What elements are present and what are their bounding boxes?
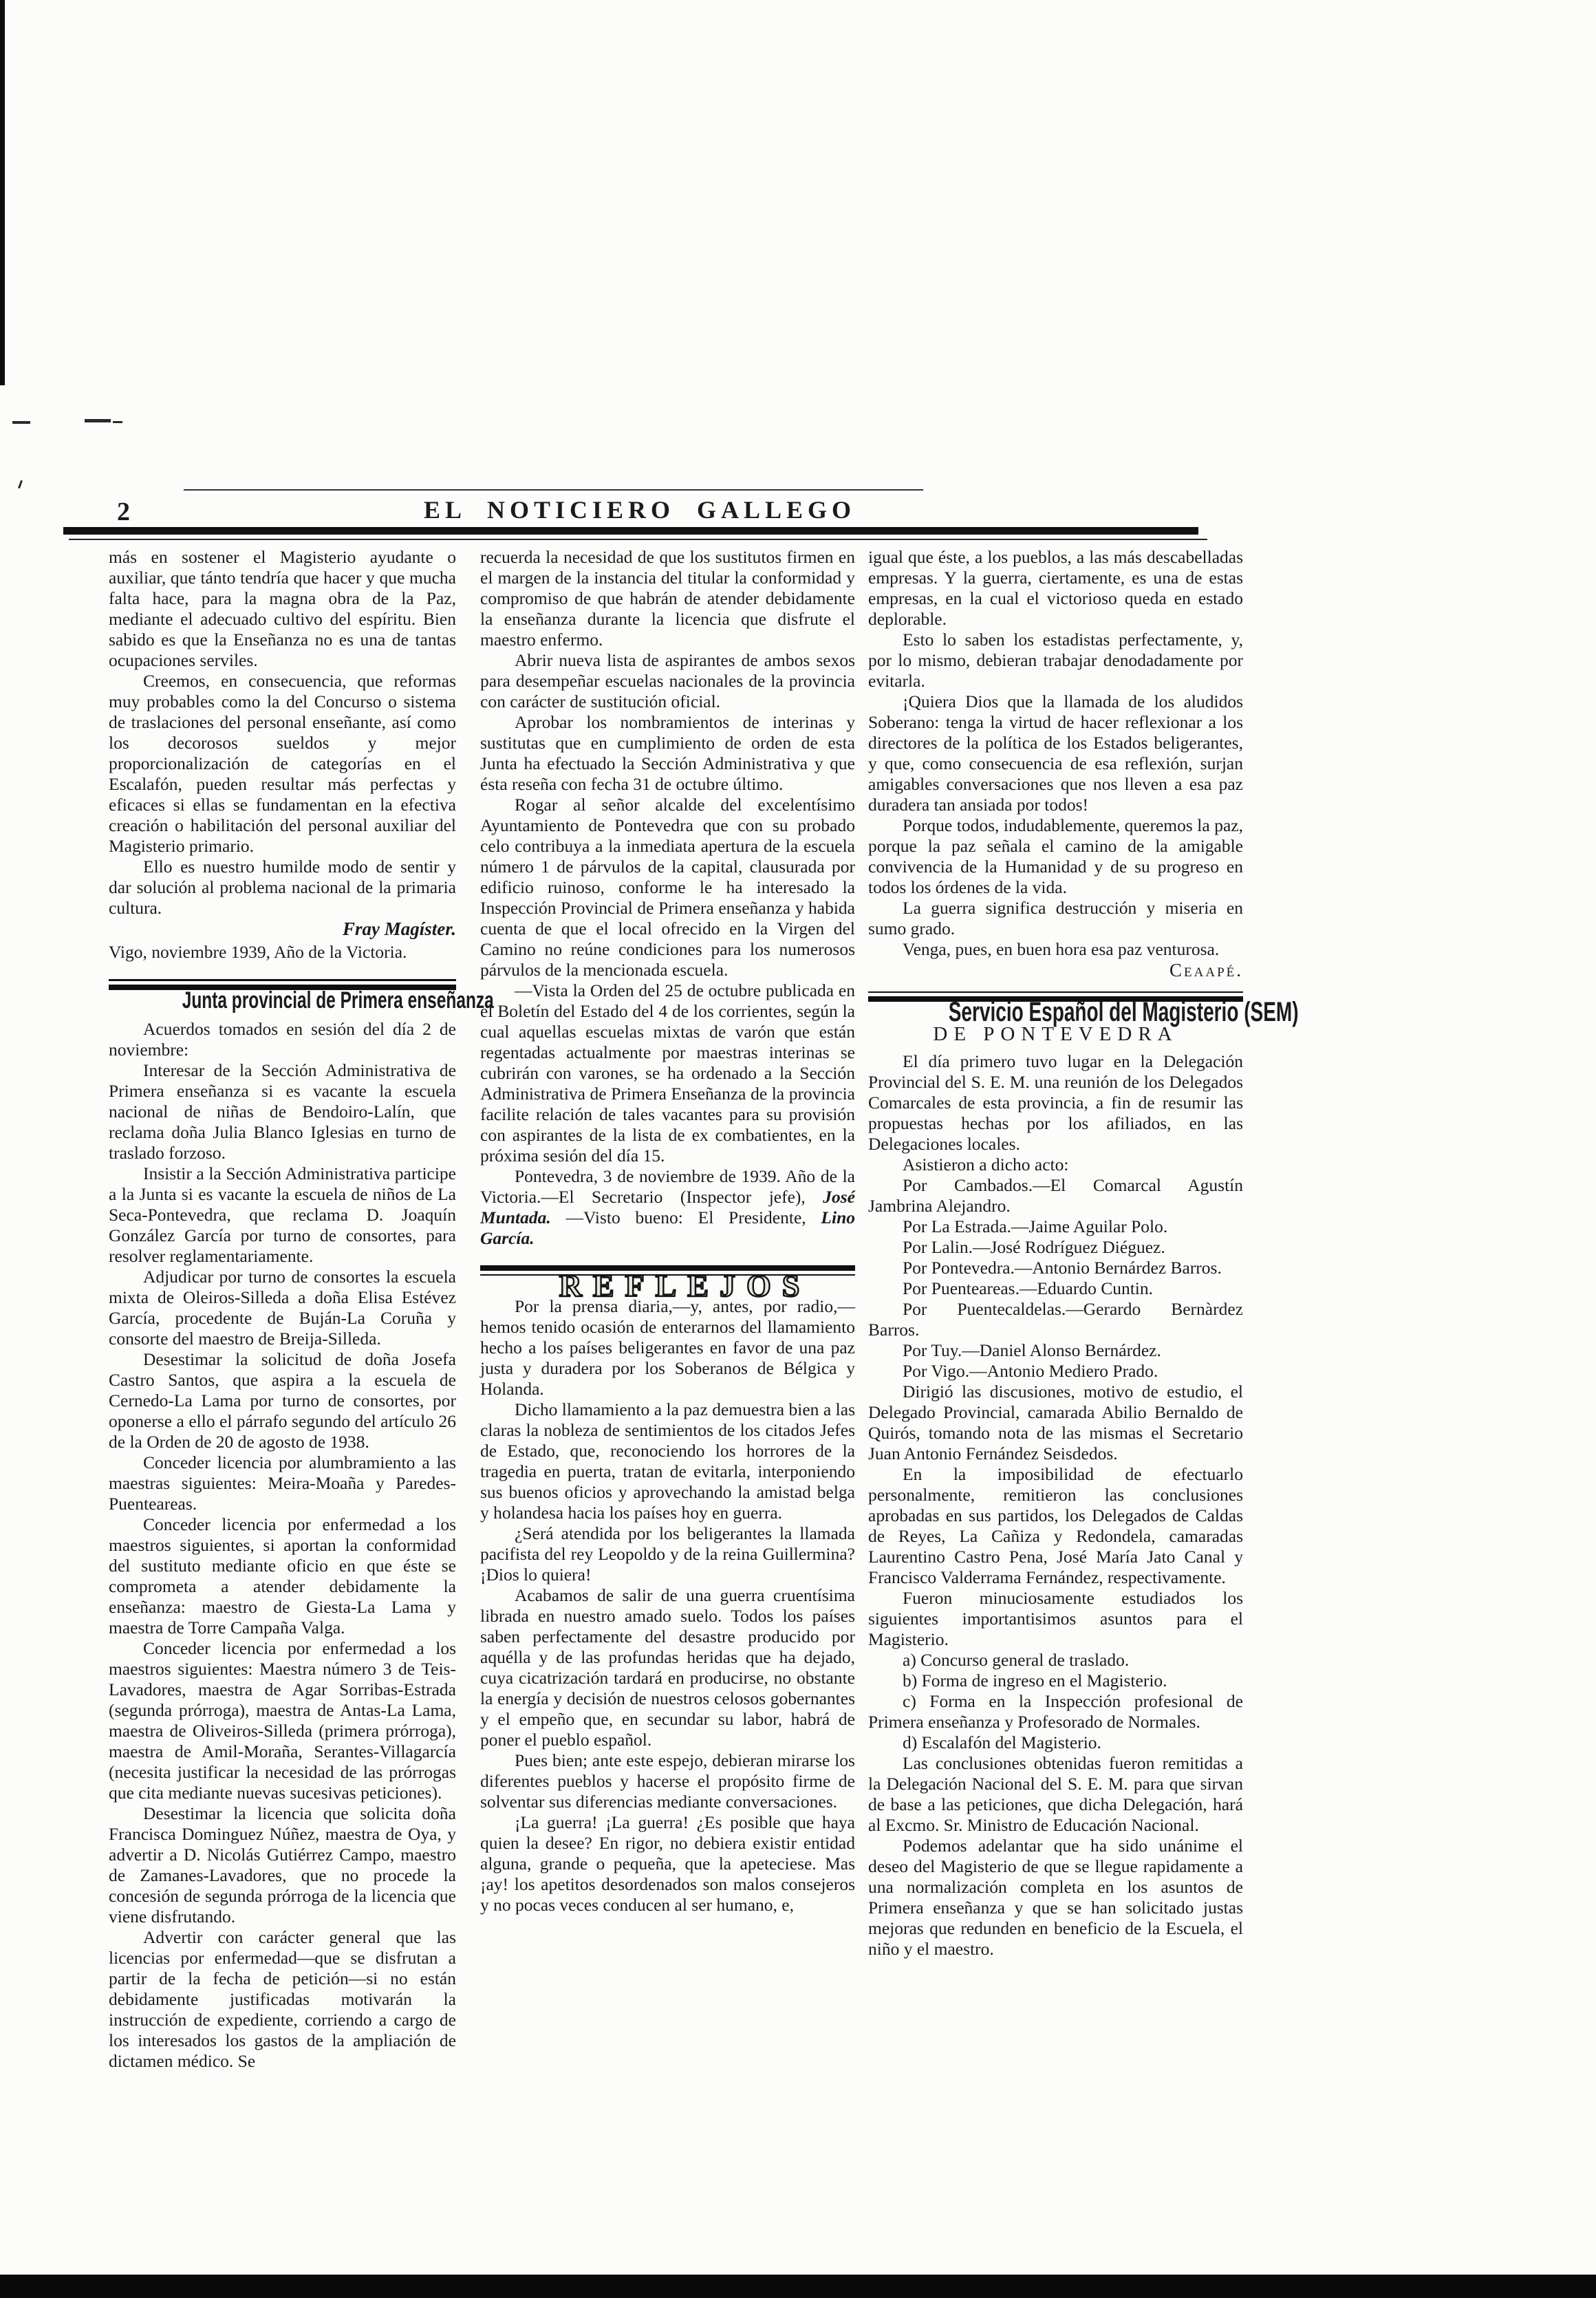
paragraph: Creemos, en consecuencia, que reformas m…: [109, 671, 456, 857]
paragraph: Interesar de la Sección Administrativa d…: [109, 1060, 456, 1163]
paragraph: Dicho llamamiento a la paz demuestra bie…: [480, 1399, 855, 1523]
section-body: Por la prensa diaria,—y, antes, por radi…: [480, 1296, 855, 1915]
newspaper-page: 2 EL NOTICIERO GALLEGO más en sostener e…: [0, 0, 1596, 2298]
section-body: El día primero tuvo lugar en la Delegaci…: [868, 1051, 1243, 1959]
section-headline-reflejos: REFLEJOS: [480, 1276, 855, 1296]
header-thick-rule: [63, 527, 1198, 535]
paragraph: c) Forma en la Inspección profesional de…: [868, 1691, 1243, 1732]
paragraph: Acabamos de salir de una guerra cruentís…: [480, 1585, 855, 1750]
header-thin-rule: [69, 539, 1207, 540]
paragraph: d) Escalafón del Magisterio.: [868, 1732, 1243, 1753]
paragraph: Conceder licencia por alumbramiento a la…: [109, 1452, 456, 1514]
article-continuation: más en sostener el Magisterio ayudante o…: [109, 547, 456, 919]
paragraph: En la imposibilidad de efectuarlo person…: [868, 1464, 1243, 1588]
paragraph: Venga, pues, en buen hora esa paz ventur…: [868, 939, 1243, 960]
paragraph: a) Concurso general de traslado.: [868, 1650, 1243, 1671]
article-signature: Fray Magíster.: [109, 919, 456, 939]
paragraph: recuerda la necesidad de que los sustitu…: [480, 547, 855, 650]
paragraph: igual que éste, a los pueblos, a las más…: [868, 547, 1243, 630]
paragraph: —Vista la Orden del 25 de octubre public…: [480, 980, 855, 1166]
paragraph: Asistieron a dicho acto:: [868, 1155, 1243, 1175]
article-signature: Ceaapé.: [868, 960, 1243, 980]
header-top-rule: [184, 489, 923, 491]
paragraph: Acuerdos tomados en sesión del día 2 de …: [109, 1019, 456, 1060]
paragraph: Por Lalin.—José Rodríguez Diéguez.: [868, 1237, 1243, 1258]
paragraph: ¡La guerra! ¡La guerra! ¿Es posible que …: [480, 1812, 855, 1915]
paragraph: Por Tuy.—Daniel Alonso Bernárdez.: [868, 1340, 1243, 1361]
scan-artifact: [85, 419, 111, 422]
paragraph: b) Forma de ingreso en el Magisterio.: [868, 1671, 1243, 1691]
scan-artifact: [12, 421, 30, 424]
paragraph: Fueron minuciosamente estudiados los sig…: [868, 1588, 1243, 1650]
section-headline-junta: Junta provincial de Primera enseñanza: [158, 990, 408, 1011]
paragraph: ¿Será atendida por los beligerantes la l…: [480, 1523, 855, 1585]
masthead-title: EL NOTICIERO GALLEGO: [83, 495, 1197, 524]
scan-bottom-edge: [0, 2275, 1596, 2298]
scan-artifact: [18, 480, 23, 488]
scan-artifact: [113, 421, 122, 423]
paragraph: Adjudicar por turno de consortes la escu…: [109, 1267, 456, 1349]
paragraph: Advertir con carácter general que las li…: [109, 1927, 456, 2072]
column-3: igual que éste, a los pueblos, a las más…: [868, 547, 1243, 1959]
paragraph: Pues bien; ante este espejo, debieran mi…: [480, 1750, 855, 1812]
column-1: más en sostener el Magisterio ayudante o…: [109, 547, 456, 2072]
paragraph: El día primero tuvo lugar en la Delegaci…: [868, 1051, 1243, 1155]
paragraph: Ello es nuestro humilde modo de sentir y…: [109, 857, 456, 919]
paragraph: Por Puentecaldelas.—Gerardo Bernàrdez Ba…: [868, 1299, 1243, 1340]
paragraph: La guerra significa destrucción y miseri…: [868, 898, 1243, 939]
paragraph: Desestimar la licencia que solicita doña…: [109, 1803, 456, 1927]
paragraph: Insistir a la Sección Administrativa par…: [109, 1163, 456, 1267]
paragraph: Por Puenteareas.—Eduardo Cuntin.: [868, 1278, 1243, 1299]
section-headline-servicio: Servicio Español del Magisterio (SEM): [925, 1002, 1187, 1022]
paragraph: Por la prensa diaria,—y, antes, por radi…: [480, 1296, 855, 1399]
paragraph: Dirigió las discusiones, motivo de estud…: [868, 1382, 1243, 1464]
paragraph: Por Cambados.—El Comarcal Agustín Jambri…: [868, 1175, 1243, 1216]
paragraph: Esto lo saben los estadistas perfectamen…: [868, 630, 1243, 691]
paragraph: Aprobar los nombramientos de interinas y…: [480, 712, 855, 795]
section-body: Acuerdos tomados en sesión del día 2 de …: [109, 1019, 456, 2072]
column-2: recuerda la necesidad de que los sustitu…: [480, 547, 855, 1915]
paragraph: Abrir nueva lista de aspirantes de ambos…: [480, 650, 855, 712]
paragraph: Por La Estrada.—Jaime Aguilar Polo.: [868, 1216, 1243, 1237]
paragraph: ¡Quiera Dios que la llamada de los aludi…: [868, 691, 1243, 815]
paragraph: Las conclusiones obtenidas fueron remiti…: [868, 1753, 1243, 1836]
paragraph: Conceder licencia por enfermedad a los m…: [109, 1638, 456, 1803]
paragraph: Rogar al señor alcalde del excelentísimo…: [480, 795, 855, 980]
paragraph: Podemos adelantar que ha sido unánime el…: [868, 1836, 1243, 1959]
paragraph: Por Vigo.—Antonio Mediero Prado.: [868, 1361, 1243, 1382]
paragraph: Conceder licencia por enfermedad a los m…: [109, 1514, 456, 1638]
article-dateline: Vigo, noviembre 1939, Año de la Victoria…: [109, 942, 456, 963]
article-continuation: igual que éste, a los pueblos, a las más…: [868, 547, 1243, 960]
paragraph: más en sostener el Magisterio ayudante o…: [109, 547, 456, 671]
scan-left-edge: [0, 0, 5, 385]
paragraph: Por Pontevedra.—Antonio Bernárdez Barros…: [868, 1258, 1243, 1278]
paragraph: Porque todos, indudablemente, queremos l…: [868, 815, 1243, 898]
paragraph: Desestimar la solicitud de doña Josefa C…: [109, 1349, 456, 1452]
article-continuation: recuerda la necesidad de que los sustitu…: [480, 547, 855, 1166]
article-closing: Pontevedra, 3 de noviembre de 1939. Año …: [480, 1166, 855, 1249]
